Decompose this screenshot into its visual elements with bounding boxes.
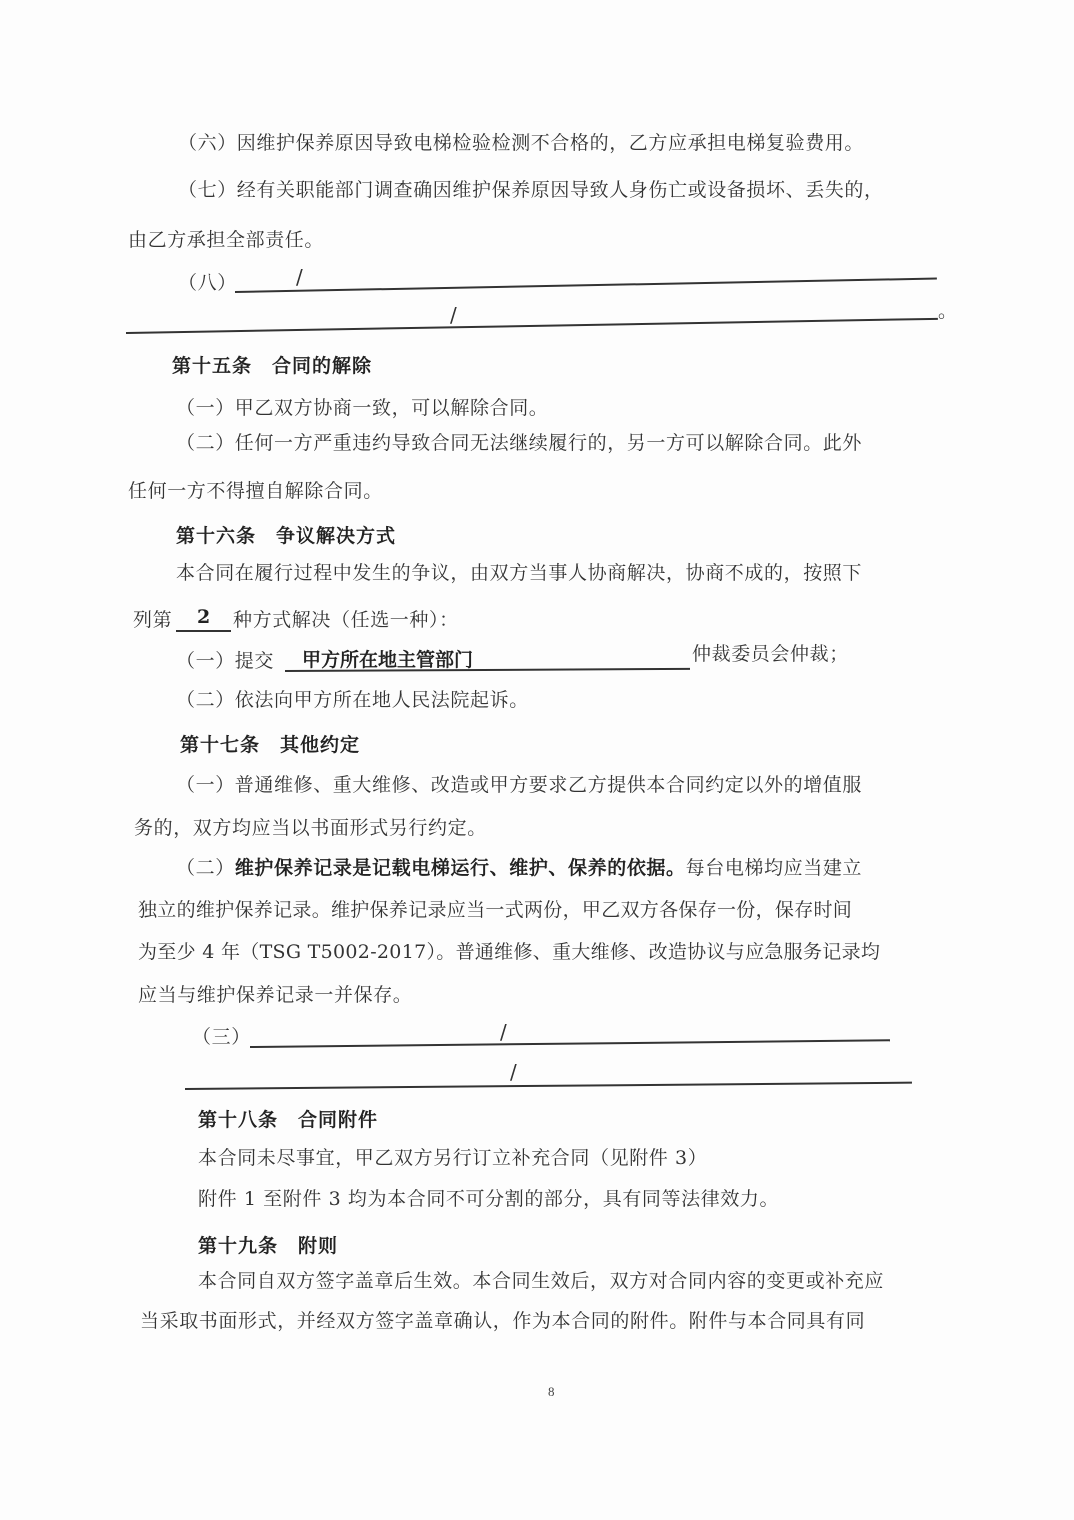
clause-18-2: 附件 1 至附件 3 均为本合同不可分割的部分，具有同等法律效力。: [198, 1186, 779, 1212]
clause-16-intro-line2-suffix: 种方式解决（任选一种）：: [233, 607, 459, 633]
clause-14-6: （六）因维护保养原因导致电梯检验检测不合格的，乙方应承担电梯复验费用。: [178, 130, 864, 156]
document-page: （六）因维护保养原因导致电梯检验检测不合格的，乙方应承担电梯复验费用。 （七）经…: [0, 0, 1074, 1520]
clause-17-2-line2: 独立的维护保养记录。维护保养记录应当一式两份，甲乙双方各保存一份，保存时间: [138, 897, 852, 923]
clause-17-2-line3: 为至少 4 年（TSG T5002-2017）。普通维修、重大维修、改造协议与应…: [138, 939, 880, 965]
clause-17-2-line1: （二）维护保养记录是记载电梯运行、维护、保养的依据。每台电梯均应当建立: [176, 855, 862, 881]
clause-18-1: 本合同未尽事宜，甲乙双方另行订立补充合同（见附件 3）: [198, 1145, 707, 1171]
clause-16-2: （二）依法向甲方所在地人民法院起诉。: [176, 687, 529, 713]
blank-line: [250, 1039, 890, 1048]
article-15-title: 第十五条 合同的解除: [172, 353, 372, 379]
clause-14-7-line1: （七）经有关职能部门调查确因维护保养原因导致人身伤亡或设备损坏、丢失的，: [178, 177, 884, 203]
blank-slash: /: [450, 303, 457, 327]
clause-15-2-line2: 任何一方不得擅自解除合同。: [128, 478, 383, 504]
page-number: 8: [548, 1384, 555, 1400]
clause-16-intro-line2-prefix: 列第: [133, 607, 172, 633]
article-17-title: 第十七条 其他约定: [180, 732, 360, 758]
blank-slash: /: [296, 265, 303, 289]
clause-17-3-prefix: （三）: [192, 1024, 251, 1050]
clause-16-intro-line1: 本合同在履行过程中发生的争议，由双方当事人协商解决，协商不成的，按照下: [176, 560, 862, 586]
blank-line: [185, 1082, 912, 1090]
dispute-option-value: 2: [197, 606, 210, 628]
clause-16-1-suffix: 仲裁委员会仲裁；: [692, 641, 849, 667]
arbitration-body-value: 甲方所在地主管部门: [302, 645, 473, 672]
clause-19-line2: 当采取书面形式，并经双方签字盖章确认，作为本合同的附件。附件与本合同具有同: [140, 1308, 865, 1334]
blank-line: [126, 318, 938, 334]
article-18-title: 第十八条 合同附件: [198, 1107, 378, 1133]
period: 。: [938, 298, 958, 324]
blank-line: [235, 278, 937, 293]
blank-slash: /: [500, 1020, 507, 1044]
clause-17-1-line1: （一）普通维修、重大维修、改造或甲方要求乙方提供本合同约定以外的增值服: [176, 772, 862, 798]
clause-19-line1: 本合同自双方签字盖章后生效。本合同生效后，双方对合同内容的变更或补充应: [198, 1268, 884, 1294]
clause-16-1-prefix: （一）提交: [176, 648, 274, 674]
article-16-title: 第十六条 争议解决方式: [176, 523, 396, 549]
clause-17-2-bold: 维护保养记录是记载电梯运行、维护、保养的依据。: [235, 857, 686, 879]
blank-slash: /: [510, 1060, 517, 1084]
clause-17-2-prefix: （二）: [176, 857, 235, 879]
clause-17-2-line4: 应当与维护保养记录一并保存。: [138, 982, 412, 1008]
clause-15-2-line1: （二）任何一方严重违约导致合同无法继续履行的，另一方可以解除合同。此外: [176, 430, 862, 456]
clause-15-1: （一）甲乙双方协商一致，可以解除合同。: [176, 395, 548, 421]
clause-14-8-prefix: （八）: [178, 270, 237, 296]
blank-line: [176, 630, 231, 632]
clause-17-2-suffix: 每台电梯均应当建立: [686, 857, 862, 879]
clause-17-1-line2: 务的，双方均应当以书面形式另行约定。: [134, 815, 487, 841]
article-19-title: 第十九条 附则: [198, 1233, 338, 1259]
clause-14-7-line2: 由乙方承担全部责任。: [128, 227, 324, 253]
